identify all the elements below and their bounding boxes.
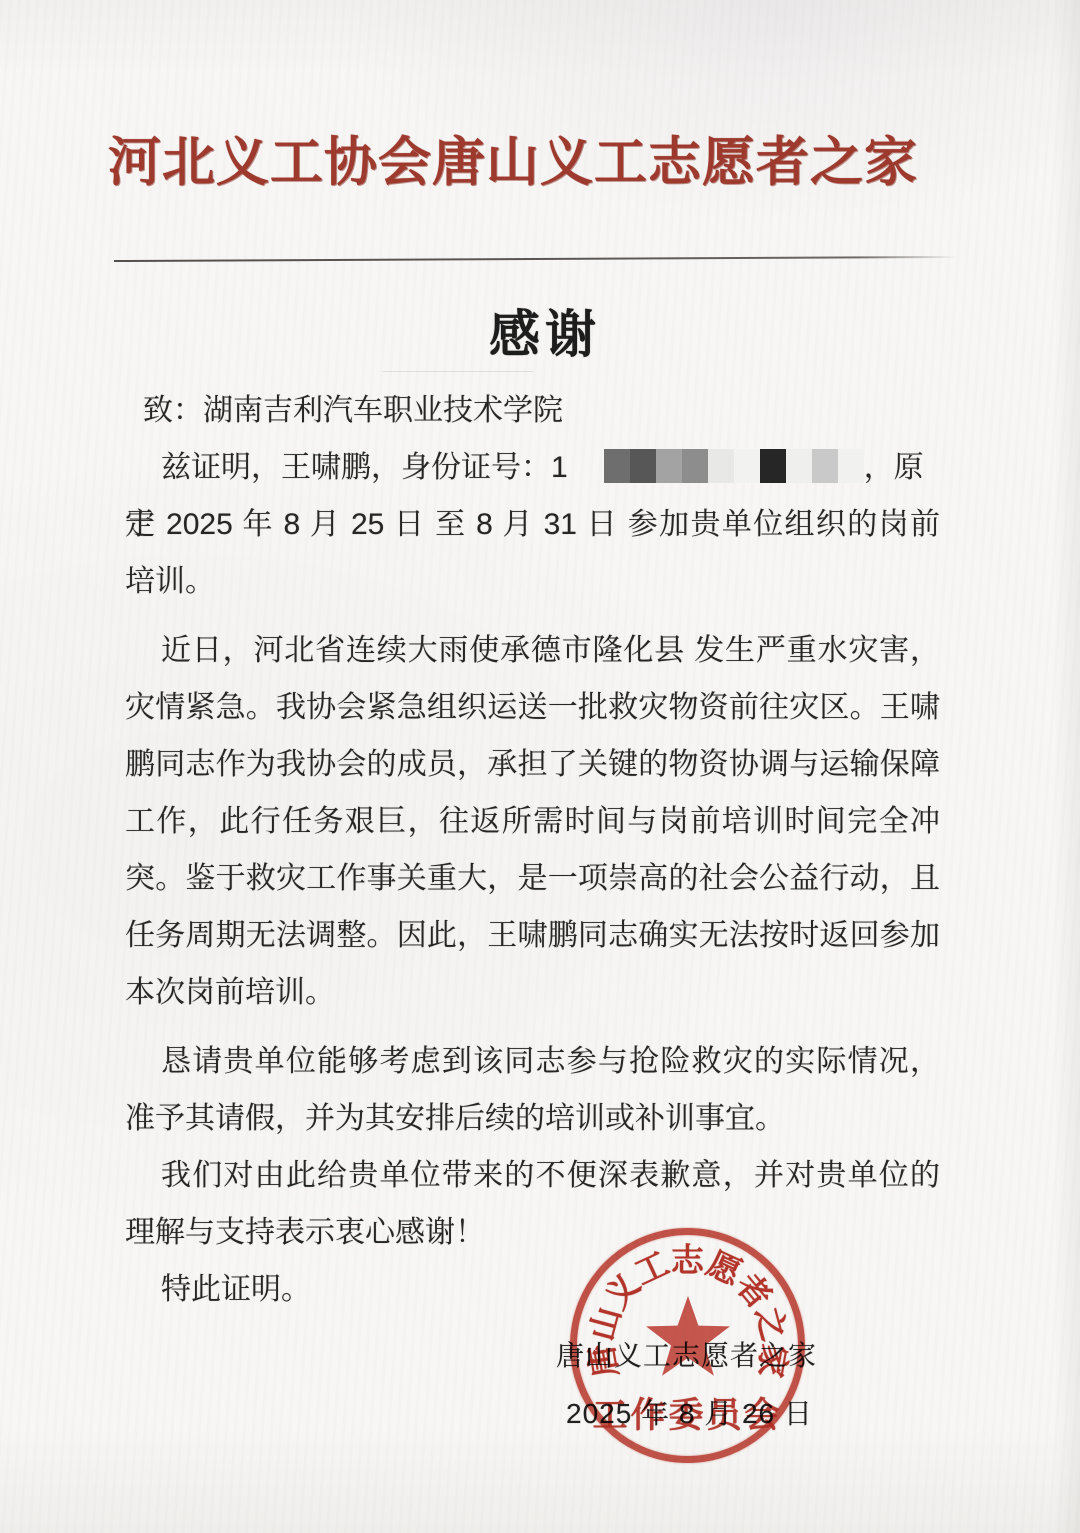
redacted-id-block xyxy=(812,449,838,483)
body-line: 培训。 xyxy=(125,553,940,610)
body-line: 灾情紧急。我协会紧急组织运送一批救灾物资前往灾区。王啸 xyxy=(125,679,940,736)
redacted-id-mosaic xyxy=(568,449,864,483)
body-line: 理解与支持表示衷心感谢！ xyxy=(125,1204,940,1261)
star-icon xyxy=(640,1292,736,1388)
redacted-id-block xyxy=(786,449,812,483)
redacted-id-block xyxy=(760,449,786,483)
body-line: 恳请贵单位能够考虑到该同志参与抢险救灾的实际情况， xyxy=(125,1033,940,1090)
paragraph-lines: 于 2025 年 8 月 25 日 至 8 月 31 日 参加贵单位组织的岗前培… xyxy=(125,496,940,1261)
redacted-id-block xyxy=(734,449,760,483)
header-divider-line xyxy=(114,256,956,262)
redacted-id-block xyxy=(708,449,734,483)
scan-artifact-line xyxy=(383,371,533,372)
closing-line: 特此证明。 xyxy=(125,1261,940,1318)
redacted-id-block xyxy=(656,449,682,483)
body-line: 任务周期无法调整。因此，王啸鹏同志确实无法按时返回参加 xyxy=(125,907,940,964)
body-line: 突。鉴于救灾工作事关重大，是一项崇高的社会公益行动，且 xyxy=(125,850,940,907)
redacted-id-block xyxy=(604,449,630,483)
stamp-bottom-text: 工作委员会 xyxy=(570,1388,805,1438)
body-line: 鹏同志作为我协会的成员，承担了关键的物资协调与运输保障 xyxy=(125,736,940,793)
salutation-line: 致：湖南吉利汽车职业技术学院 xyxy=(125,382,940,439)
letter-body: 致：湖南吉利汽车职业技术学院 兹证明，王啸鹏，身份证号：1，原定 于 2025 … xyxy=(125,382,940,1318)
official-seal-stamp: 唐山义工志愿者之家 工作委员会 xyxy=(570,1228,805,1463)
redacted-id-block xyxy=(682,449,708,483)
body-line: 工作，此行任务艰巨，往返所需时间与岗前培训时间完全冲 xyxy=(125,793,940,850)
body-line: 于 2025 年 8 月 25 日 至 8 月 31 日 参加贵单位组织的岗前 xyxy=(125,496,940,553)
letter-title: 感谢 xyxy=(0,293,1080,367)
body-line: 本次岗前培训。 xyxy=(125,964,940,1021)
redacted-id-block xyxy=(630,449,656,483)
scanned-letter-page: 河北义工协会唐山义工志愿者之家 感谢 致：湖南吉利汽车职业技术学院 兹证明，王啸… xyxy=(0,0,1080,1533)
stamp-arc-char: 志 xyxy=(671,1234,704,1281)
body-line: 近日，河北省连续大雨使承德市隆化县 发生严重水灾害， xyxy=(125,622,940,679)
body-line: 我们对由此给贵单位带来的不便深表歉意，并对贵单位的 xyxy=(125,1147,940,1204)
body-line: 准予其请假，并为其安排后续的培训或补训事宜。 xyxy=(125,1090,940,1147)
org-title: 河北义工协会唐山义工志愿者之家 xyxy=(108,136,918,189)
certify-prefix: 兹证明，王啸鹏，身份证号：1 xyxy=(161,451,568,484)
redacted-id-block xyxy=(838,449,864,483)
certify-line: 兹证明，王啸鹏，身份证号：1，原定 xyxy=(125,439,940,496)
